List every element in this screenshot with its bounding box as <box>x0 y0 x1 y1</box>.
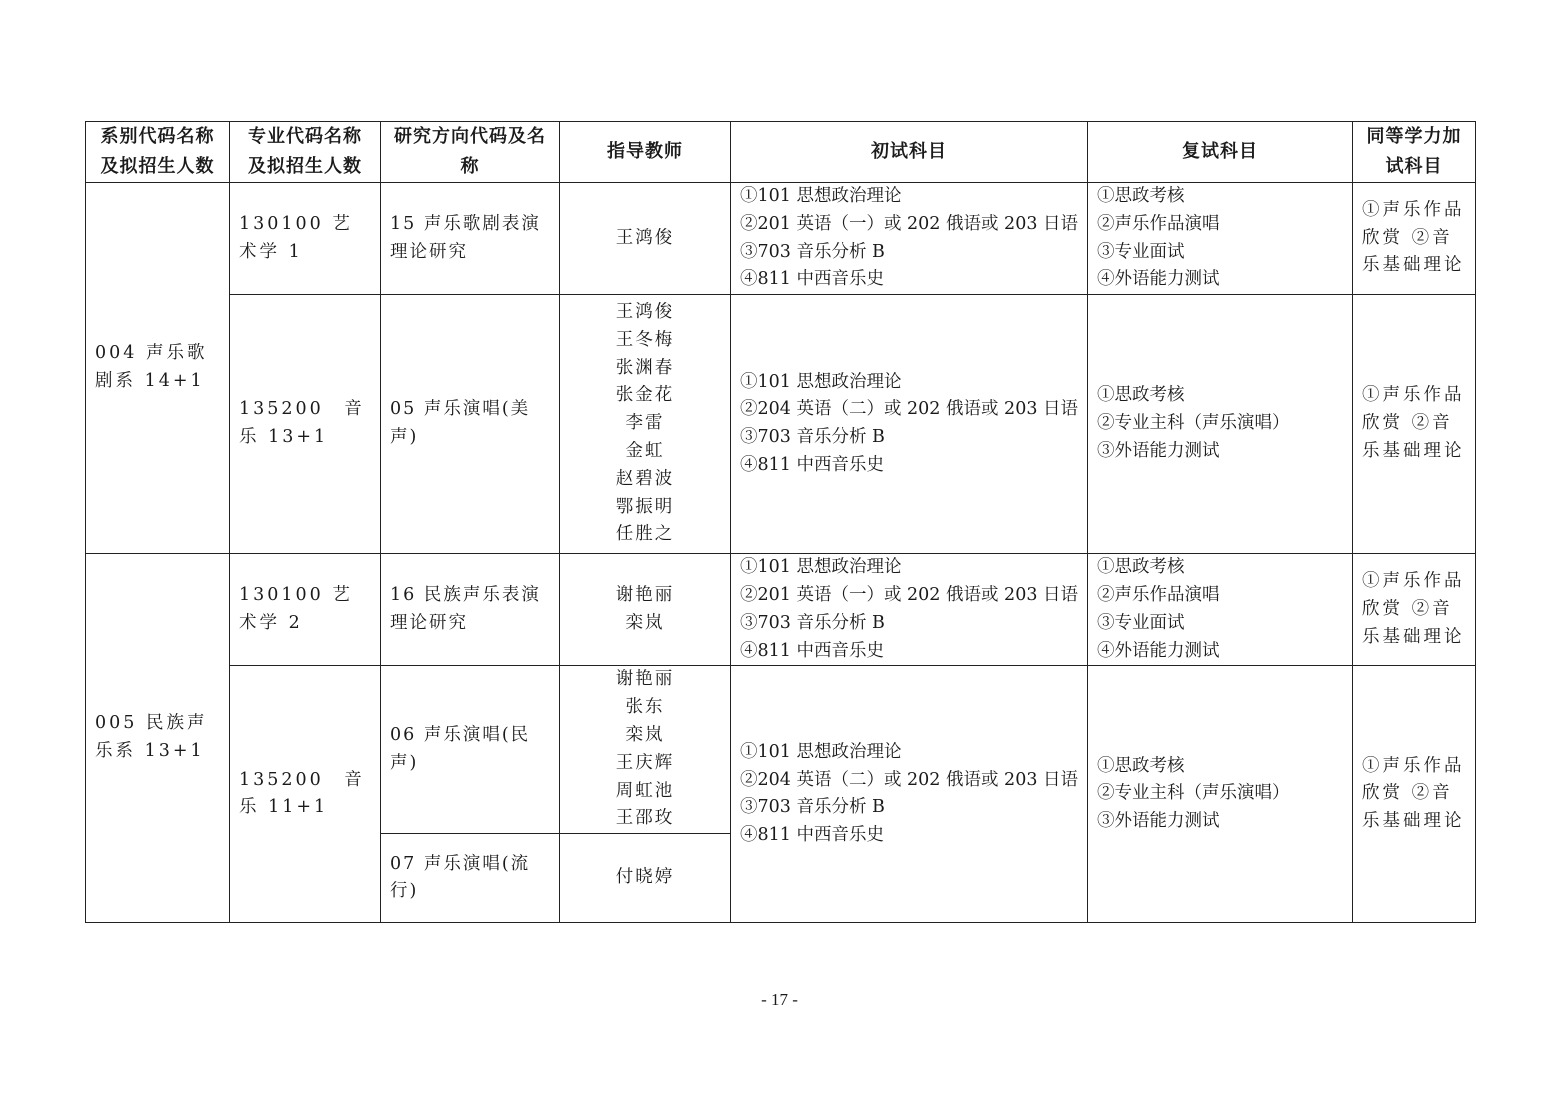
retest-cell: ①思政考核 ②专业主科（声乐演唱） ③外语能力测试 <box>1088 295 1353 554</box>
advisor: 赵碧波 <box>569 466 721 494</box>
retest-item: ③外语能力测试 <box>1097 438 1343 466</box>
header-dept: 系别代码名称及拟招生人数 <box>86 122 230 183</box>
retest-item: ③外语能力测试 <box>1097 808 1343 836</box>
dept-cell: 005 民族声乐系 13+1 <box>86 554 230 923</box>
header-retest: 复试科目 <box>1088 122 1353 183</box>
retest-item: ②专业主科（声乐演唱） <box>1097 410 1343 438</box>
advisor: 王鸿俊 <box>569 299 721 327</box>
retest-cell: ①思政考核 ②专业主科（声乐演唱） ③外语能力测试 <box>1088 666 1353 923</box>
advisors-cell: 付晓婷 <box>560 834 731 923</box>
advisors-cell: 谢艳丽 栾岚 <box>560 554 731 666</box>
retest-item: ②声乐作品演唱 <box>1097 582 1343 610</box>
advisor: 谢艳丽 <box>569 582 721 610</box>
advisor: 王冬梅 <box>569 327 721 355</box>
prelim-item: ①101 思想政治理论 <box>740 183 1078 211</box>
prelim-item: ①101 思想政治理论 <box>740 739 1078 767</box>
prelim-item: ④811 中西音乐史 <box>740 638 1078 666</box>
direction-cell: 06 声乐演唱(民声) <box>381 666 560 834</box>
table-row: 005 民族声乐系 13+1 130100 艺术学 2 16 民族声乐表演理论研… <box>86 554 1476 666</box>
prelim-item: ②204 英语（二）或 202 俄语或 203 日语 <box>740 767 1078 795</box>
table-row: 135200 音 乐 11+1 06 声乐演唱(民声) 谢艳丽 张东 栾岚 王庆… <box>86 666 1476 834</box>
advisor: 王庆辉 <box>569 750 721 778</box>
prelim-cell: ①101 思想政治理论 ②204 英语（二）或 202 俄语或 203 日语 ③… <box>731 295 1088 554</box>
advisor: 周虹池 <box>569 778 721 806</box>
prelim-item: ④811 中西音乐史 <box>740 822 1078 850</box>
retest-item: ②声乐作品演唱 <box>1097 211 1343 239</box>
prelim-item: ③703 音乐分析 B <box>740 424 1078 452</box>
prelim-cell: ①101 思想政治理论 ②201 英语（一）或 202 俄语或 203 日语 ③… <box>731 554 1088 666</box>
prelim-item: ④811 中西音乐史 <box>740 452 1078 480</box>
advisor: 任胜之 <box>569 521 721 549</box>
retest-cell: ①思政考核 ②声乐作品演唱 ③专业面试 ④外语能力测试 <box>1088 183 1353 295</box>
advisor: 张东 <box>569 694 721 722</box>
retest-item: ④外语能力测试 <box>1097 638 1343 666</box>
direction-cell: 07 声乐演唱(流行) <box>381 834 560 923</box>
prelim-cell: ①101 思想政治理论 ②204 英语（二）或 202 俄语或 203 日语 ③… <box>731 666 1088 923</box>
advisor: 李雷 <box>569 410 721 438</box>
page-number: - 17 - <box>0 990 1559 1010</box>
retest-item: ①思政考核 <box>1097 382 1343 410</box>
major-cell: 135200 音 乐 11+1 <box>230 666 381 923</box>
retest-cell: ①思政考核 ②声乐作品演唱 ③专业面试 ④外语能力测试 <box>1088 554 1353 666</box>
advisor: 谢艳丽 <box>569 666 721 694</box>
retest-item: ①思政考核 <box>1097 183 1343 211</box>
header-prelim: 初试科目 <box>731 122 1088 183</box>
retest-item: ③专业面试 <box>1097 610 1343 638</box>
major-cell: 130100 艺术学 2 <box>230 554 381 666</box>
header-direction: 研究方向代码及名称 <box>381 122 560 183</box>
advisors-cell: 王鸿俊 王冬梅 张渊春 张金花 李雷 金虹 赵碧波 鄂振明 任胜之 <box>560 295 731 554</box>
prelim-cell: ①101 思想政治理论 ②201 英语（一）或 202 俄语或 203 日语 ③… <box>731 183 1088 295</box>
prelim-item: ④811 中西音乐史 <box>740 266 1078 294</box>
header-extra: 同等学力加试科目 <box>1353 122 1476 183</box>
advisor: 鄂振明 <box>569 494 721 522</box>
extra-cell: ①声乐作品欣赏 ②音乐基础理论 <box>1353 295 1476 554</box>
advisor: 付晓婷 <box>569 864 721 892</box>
prelim-item: ①101 思想政治理论 <box>740 554 1078 582</box>
retest-item: ④外语能力测试 <box>1097 266 1343 294</box>
advisor: 王鸿俊 <box>569 225 721 253</box>
advisor: 张金花 <box>569 382 721 410</box>
direction-cell: 16 民族声乐表演理论研究 <box>381 554 560 666</box>
advisor: 栾岚 <box>569 722 721 750</box>
advisor: 张渊春 <box>569 355 721 383</box>
admissions-table: 系别代码名称及拟招生人数 专业代码名称及拟招生人数 研究方向代码及名称 指导教师… <box>85 121 1476 923</box>
extra-cell: ①声乐作品欣赏 ②音乐基础理论 <box>1353 554 1476 666</box>
table-row: 135200 音 乐 13+1 05 声乐演唱(美声) 王鸿俊 王冬梅 张渊春 … <box>86 295 1476 554</box>
advisors-cell: 谢艳丽 张东 栾岚 王庆辉 周虹池 王邵玫 <box>560 666 731 834</box>
prelim-item: ①101 思想政治理论 <box>740 369 1078 397</box>
header-row: 系别代码名称及拟招生人数 专业代码名称及拟招生人数 研究方向代码及名称 指导教师… <box>86 122 1476 183</box>
extra-cell: ①声乐作品欣赏 ②音乐基础理论 <box>1353 666 1476 923</box>
major-cell: 130100 艺术学 1 <box>230 183 381 295</box>
prelim-item: ②201 英语（一）或 202 俄语或 203 日语 <box>740 582 1078 610</box>
advisor: 栾岚 <box>569 610 721 638</box>
prelim-item: ②201 英语（一）或 202 俄语或 203 日语 <box>740 211 1078 239</box>
prelim-item: ③703 音乐分析 B <box>740 239 1078 267</box>
prelim-item: ②204 英语（二）或 202 俄语或 203 日语 <box>740 396 1078 424</box>
table-row: 004 声乐歌剧系 14+1 130100 艺术学 1 15 声乐歌剧表演理论研… <box>86 183 1476 295</box>
direction-cell: 05 声乐演唱(美声) <box>381 295 560 554</box>
dept-cell: 004 声乐歌剧系 14+1 <box>86 183 230 554</box>
retest-item: ①思政考核 <box>1097 753 1343 781</box>
advisor: 金虹 <box>569 438 721 466</box>
retest-item: ②专业主科（声乐演唱） <box>1097 780 1343 808</box>
extra-cell: ①声乐作品欣赏 ②音乐基础理论 <box>1353 183 1476 295</box>
header-advisors: 指导教师 <box>560 122 731 183</box>
direction-cell: 15 声乐歌剧表演理论研究 <box>381 183 560 295</box>
prelim-item: ③703 音乐分析 B <box>740 794 1078 822</box>
advisor: 王邵玫 <box>569 805 721 833</box>
prelim-item: ③703 音乐分析 B <box>740 610 1078 638</box>
retest-item: ①思政考核 <box>1097 554 1343 582</box>
advisors-cell: 王鸿俊 <box>560 183 731 295</box>
major-cell: 135200 音 乐 13+1 <box>230 295 381 554</box>
header-major: 专业代码名称及拟招生人数 <box>230 122 381 183</box>
retest-item: ③专业面试 <box>1097 239 1343 267</box>
